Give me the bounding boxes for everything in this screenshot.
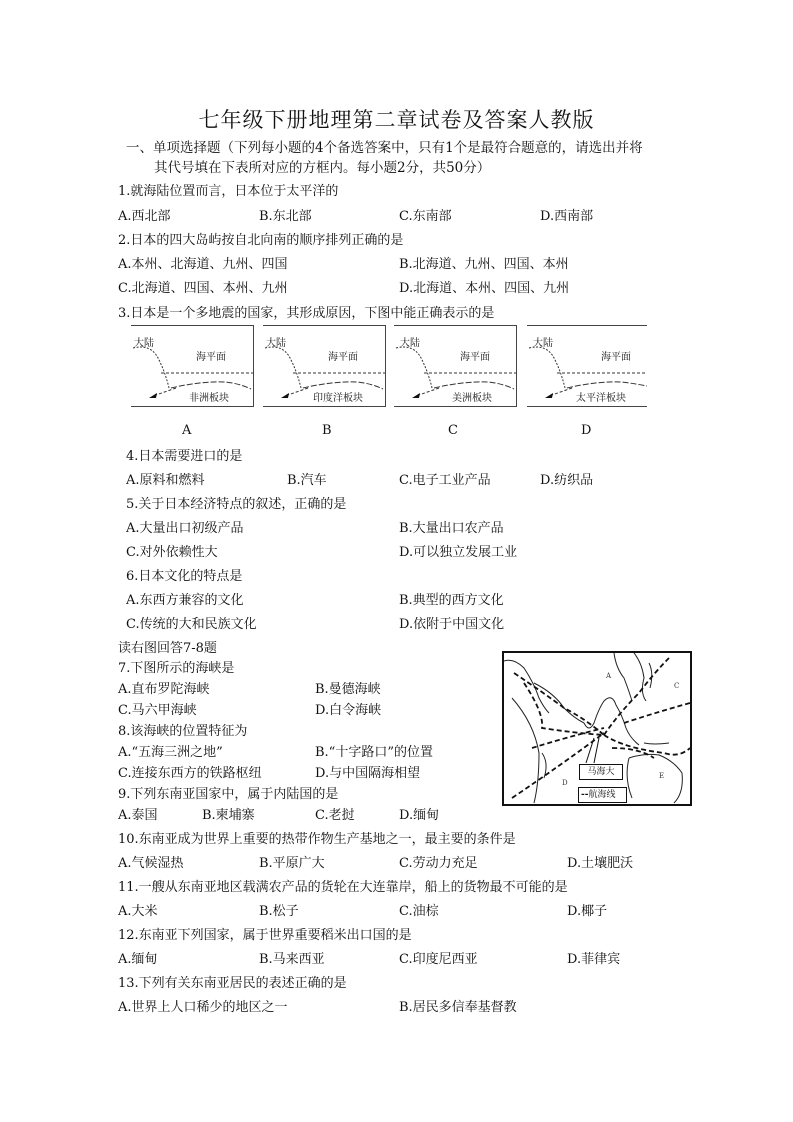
map-letter: A: [605, 672, 612, 680]
q10-option-b: B.平原广大: [259, 852, 325, 871]
q4-option-d: D.纺织品: [540, 469, 593, 488]
q7-option-d: D.白令海峡: [315, 699, 381, 718]
plate-label: 印度洋板块: [313, 389, 363, 404]
question-12-stem: 12.东南亚下列国家，属于世界重要稻米出口国的是: [118, 924, 412, 943]
question-10-stem: 10.东南亚成为世界上重要的热带作物生产基地之一，最主要的条件是: [118, 828, 516, 847]
instructions-line1: 一、单项选择题（下列每小题的4个备选答案中，只有1个是最符合题意的，请选出并将: [126, 140, 643, 156]
question-5-stem: 5.关于日本经济特点的叙述，正确的是: [126, 493, 346, 512]
diagram-c: 大陆 海平面 美洲板块: [394, 325, 517, 407]
svg-text:C: C: [674, 682, 679, 690]
q8-option-a: A.“五海三洲之地”: [118, 741, 223, 760]
q9-option-c: C.老挝: [315, 804, 355, 823]
question-11-stem: 11.一艘从东南亚地区载满农产品的货轮在大连靠岸，船上的货物最不可能的是: [118, 876, 568, 895]
q1-option-d: D.西南部: [540, 205, 593, 224]
q10-option-d: D.土壤肥沃: [567, 852, 633, 871]
q12-option-d: D.菲律宾: [567, 948, 620, 967]
question-1-stem: 1.就海陆位置而言，日本位于太平洋的: [118, 180, 338, 199]
diagram-b-letter: B: [322, 423, 332, 438]
strait-label-box: 马海大: [579, 764, 623, 780]
q6-option-b: B.典型的西方文化: [399, 589, 504, 608]
sea-level-label: 海平面: [196, 348, 226, 363]
southeast-asia-map: A C D E 马海大 --航海线: [502, 651, 692, 806]
question-3-stem: 3.日本是一个多地震的国家，其形成原因，下图中能正确表示的是: [118, 302, 494, 321]
q9-option-d: D.缅甸: [399, 804, 439, 823]
question-8-stem: 8.该海峡的位置特征为: [118, 720, 247, 739]
diagram-a: 大陆 海平面 非洲板块: [131, 325, 254, 407]
q1-option-c: C.东南部: [399, 205, 452, 224]
continent-label: 大陆: [533, 334, 553, 349]
continent-label: 大陆: [400, 334, 420, 349]
q2-option-d: D.北海道、本州、四国、九州: [399, 277, 569, 296]
svg-text:D: D: [562, 779, 568, 787]
diagram-b: 大陆 海平面 印度洋板块: [263, 325, 386, 407]
diagram-d-letter: D: [581, 423, 591, 438]
legend-label: 航海线: [588, 790, 615, 800]
svg-text:E: E: [659, 772, 664, 780]
question-4-stem: 4.日本需要进口的是: [126, 445, 242, 464]
q5-option-b: B.大量出口农产品: [399, 517, 504, 536]
read-map-prompt: 读右图回答7-8题: [118, 637, 217, 656]
q5-option-c: C.对外依赖性大: [126, 541, 218, 560]
sea-level-label: 海平面: [328, 348, 358, 363]
q1-option-b: B.东北部: [259, 205, 312, 224]
plate-label: 美洲板块: [452, 389, 492, 404]
q8-option-d: D.与中国隔海相望: [315, 762, 420, 781]
q2-option-a: A.本州、北海道、九州、四国: [118, 253, 288, 272]
continent-label: 大陆: [266, 334, 286, 349]
q6-option-c: C.传统的大和民族文化: [126, 613, 257, 632]
map-legend: --航海线: [578, 787, 627, 803]
q4-option-b: B.汽车: [287, 469, 327, 488]
diagram-c-letter: C: [448, 423, 458, 438]
sea-level-label: 海平面: [601, 348, 631, 363]
q11-option-a: A.大米: [118, 900, 158, 919]
q2-option-c: C.北海道、四国、本州、九州: [118, 277, 288, 296]
question-6-stem: 6.日本文化的特点是: [126, 565, 242, 584]
q7-option-a: A.直布罗陀海峡: [118, 678, 210, 697]
question-9-stem: 9.下列东南亚国家中，属于内陆国的是: [118, 783, 338, 802]
q9-option-a: A.泰国: [118, 804, 158, 823]
map-coastline-icon: A C D E: [504, 653, 690, 804]
question-7-stem: 7.下图所示的海峡是: [118, 657, 234, 676]
q1-option-a: A.西北部: [118, 205, 171, 224]
q9-option-b: B.柬埔寨: [202, 804, 255, 823]
q7-option-b: B.曼德海峡: [315, 678, 381, 697]
q5-option-a: A.大量出口初级产品: [126, 517, 244, 536]
q4-option-c: C.电子工业产品: [399, 469, 491, 488]
instructions-line2: 其代号填在下表所对应的方框内。每小题2分，共50分）: [126, 158, 686, 178]
q4-option-a: A.原料和燃料: [126, 469, 205, 488]
q11-option-d: D.椰子: [567, 900, 607, 919]
q12-option-c: C.印度尼西亚: [399, 948, 478, 967]
q8-option-c: C.连接东西方的铁路枢纽: [118, 762, 262, 781]
diagram-a-letter: A: [182, 423, 191, 438]
q2-option-b: B.北海道、九州、四国、本州: [399, 253, 569, 272]
q12-option-a: A.缅甸: [118, 948, 158, 967]
q8-option-b: B.“十字路口”的位置: [315, 741, 433, 760]
question-13-stem: 13.下列有关东南亚居民的表述正确的是: [118, 972, 347, 991]
q12-option-b: B.马来西亚: [259, 948, 325, 967]
page-title: 七年级下册地理第二章试卷及答案人教版: [0, 104, 793, 134]
q11-option-c: C.油棕: [399, 900, 439, 919]
continent-label: 大陆: [134, 334, 154, 349]
q10-option-a: A.气候湿热: [118, 852, 184, 871]
q11-option-b: B.松子: [259, 900, 299, 919]
q6-option-a: A.东西方兼容的文化: [126, 589, 244, 608]
plate-label: 太平洋板块: [576, 389, 626, 404]
plate-label: 非洲板块: [189, 389, 229, 404]
q10-option-c: C.劳动力充足: [399, 852, 478, 871]
q6-option-d: D.依附于中国文化: [399, 613, 504, 632]
section-instructions: 一、单项选择题（下列每小题的4个备选答案中，只有1个是最符合题意的，请选出并将 …: [126, 138, 686, 178]
q13-option-a: A.世界上人口稀少的地区之一: [118, 996, 288, 1015]
q13-option-b: B.居民多信奉基督教: [399, 996, 517, 1015]
q5-option-d: D.可以独立发展工业: [399, 541, 517, 560]
diagram-d: 大陆 海平面 太平洋板块: [527, 325, 647, 407]
question-2-stem: 2.日本的四大岛屿按自北向南的顺序排列正确的是: [118, 229, 403, 248]
q7-option-c: C.马六甲海峡: [118, 699, 197, 718]
sea-level-label: 海平面: [460, 348, 490, 363]
